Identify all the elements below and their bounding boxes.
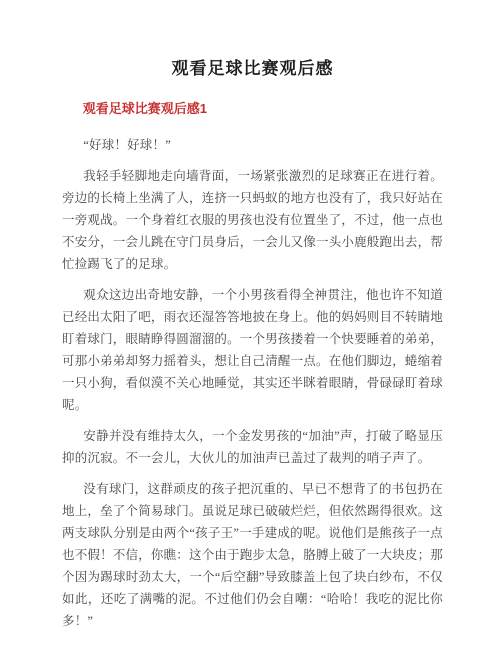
essay-body: “好球！好球！” 我轻手轻脚地走向墙背面，一场紧张激烈的足球赛正在进行着。旁边的…: [62, 134, 443, 632]
paragraph: 安静并没有维持太久，一个金发男孩的“加油”声，打破了略显压抑的沉寂。不一会儿，大…: [62, 425, 443, 469]
document-page: 观看足球比赛观后感 观看足球比赛观后感1 “好球！好球！” 我轻手轻脚地走向墙背…: [0, 0, 500, 647]
quote-paragraph: “好球！好球！”: [62, 134, 443, 156]
paragraph: 我轻手轻脚地走向墙背面，一场紧张激烈的足球赛正在进行着。旁边的长椅上坐满了人，连…: [62, 165, 443, 275]
page-title: 观看足球比赛观后感: [62, 56, 443, 81]
document-content: 观看足球比赛观后感 观看足球比赛观后感1 “好球！好球！” 我轻手轻脚地走向墙背…: [0, 0, 500, 632]
paragraph: 观众这边出奇地安静，一个小男孩看得全神贯注，他也许不知道已经出太阳了吧，雨衣还湿…: [62, 284, 443, 416]
paragraph: 没有球门，这群顽皮的孩子把沉重的、早已不想背了的书包扔在地上，垒了个简易球门。虽…: [62, 478, 443, 632]
section-heading: 观看足球比赛观后感1: [62, 100, 443, 118]
